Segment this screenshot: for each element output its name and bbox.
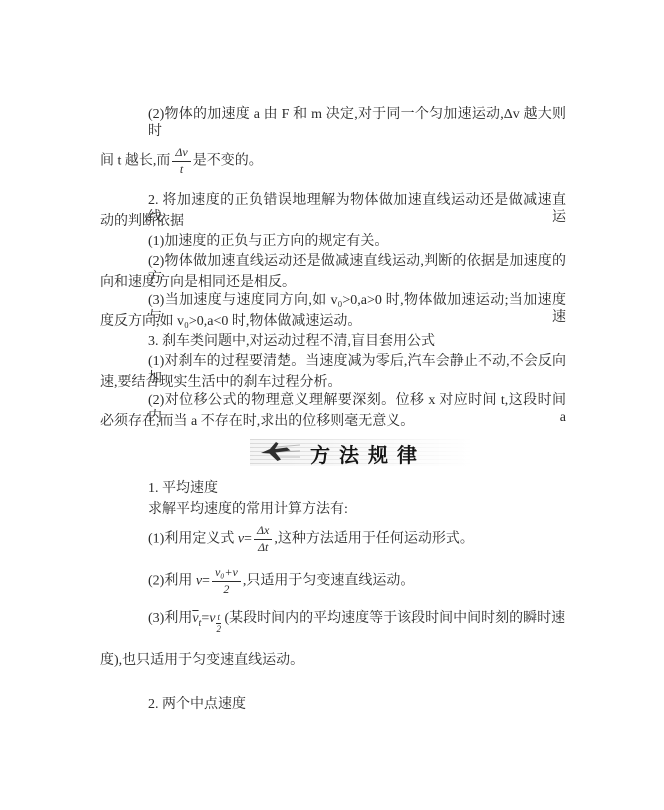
line-text: (2)利用 [148,574,196,589]
variable-v-bar-t: vt [192,611,201,626]
text-line-braking-process-2: 速,要结合现实生活中的刹车过程分析。 [100,374,566,391]
text-line-acceleration-note-2: 间 t 越长,而Δvt是不变的。 [100,146,566,177]
text-line-sign-convention: (1)加速度的正负与正方向的规定有关。 [100,233,566,250]
text-line-same-direction-2: 度反方向,如 v₀>0,a<0 时,物体做减速运动。 [100,313,566,330]
line-text: (1)利用定义式 [148,532,238,547]
document-page: (2)物体的加速度 a 由 F 和 m 决定,对于同一个匀加速运动,Δv 越大则… [0,0,664,810]
fraction-v0-plus-v-over-2: v₀+v2 [212,566,241,597]
line-text: 间 t 越长,而 [100,154,170,169]
fraction-dx-over-dt: ΔxΔt [254,524,272,555]
line-text: ,只适用于匀变速直线运动。 [243,574,415,589]
equals-sign: = [202,574,210,589]
text-line-average-speed-title: 1. 平均速度 [100,480,566,497]
text-line-displacement-meaning-2: 必须存在,而当 a 不存在时,求出的位移则毫无意义。 [100,413,566,430]
equals-sign: = [244,532,252,547]
line-text: ,这种方法适用于任何运动形式。 [274,532,474,547]
section-header: 方法规律 [0,436,664,470]
text-line-midpoint-speed-title: 2. 两个中点速度 [100,696,566,713]
section-title: 方法规律 [310,439,426,468]
formula-line-definition: (1)利用定义式 v=ΔxΔt,这种方法适用于任何运动形式。 [100,524,566,555]
text-line-mistake2-title-2: 动的判断依据 [100,213,566,230]
line-text: (某段时间内的平均速度等于该段时间中间时刻的瞬时速 [221,611,565,626]
formula-line-uniform: (2)利用 v=v₀+v2,只适用于匀变速直线运动。 [100,566,566,597]
text-line-methods-intro: 求解平均速度的常用计算方法有: [100,501,566,518]
text-line-judge-basis-2: 向和速度方向是相同还是相反。 [100,274,566,291]
formula-line-mid-time: (3)利用vt=vt2 (某段时间内的平均速度等于该段时间中间时刻的瞬时速 [100,610,566,634]
line-text: (3)利用 [148,611,192,626]
line-text: 是不变的。 [193,154,263,169]
airplane-icon [260,440,300,466]
text-line-mid-time-cont: 度),也只适用于匀变速直线运动。 [100,652,566,669]
fraction-dv-over-t: Δvt [172,146,190,177]
variable-v-sub-t-half: vt2 [209,611,221,626]
text-line-acceleration-note-1: (2)物体的加速度 a 由 F 和 m 决定,对于同一个匀加速运动,Δv 越大则… [100,106,566,140]
text-line-braking-title: 3. 刹车类问题中,对运动过程不清,盲目套用公式 [100,333,566,350]
